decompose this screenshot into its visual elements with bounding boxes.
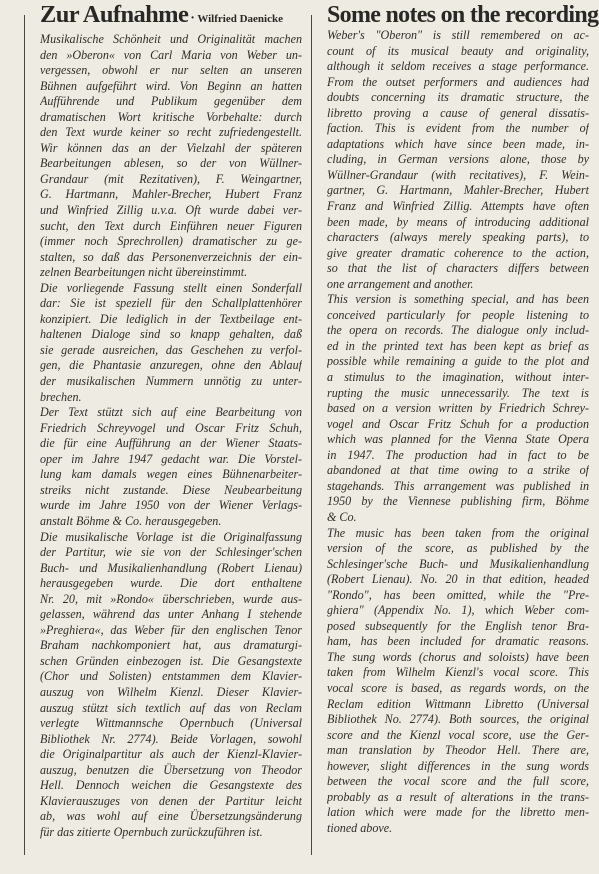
text-line: (Robert Lienau). No. 20 in that edition,…	[327, 572, 589, 588]
text-line: Weber's "Oberon" is still remembered on …	[327, 28, 589, 44]
text-line: schen Gründen einbezogen ist. Die Gesang…	[40, 654, 302, 670]
text-line: ham, has been included for dramatic reas…	[327, 634, 589, 650]
text-line: (immer noch Sprechrollen) dramatischer z…	[40, 234, 302, 250]
text-line: Wir können das an der Vielzahl der späte…	[40, 141, 302, 157]
title-separator: ·	[190, 11, 194, 26]
text-line: Bühnen aufgeführt wird. Von Beginn an ha…	[40, 79, 302, 95]
text-line: oper im Jahre 1947 gedacht war. Die Vors…	[40, 452, 302, 468]
text-line: so that the list of characters differs b…	[327, 261, 589, 277]
text-line: a stimulus to the imagination, without i…	[327, 370, 589, 386]
text-line: stalten, so daß das Personenverzeichnis …	[40, 250, 302, 266]
text-line: score and the Kienzl vocal score, use th…	[327, 728, 589, 744]
text-line: Braham nachkomponiert hat, aus dramaturg…	[40, 638, 302, 654]
english-paragraph: This version is something special, and h…	[327, 292, 589, 525]
text-line: This version is something special, and h…	[327, 292, 589, 308]
text-line: (Chor und Solisten) entstammen dem Klavi…	[40, 669, 302, 685]
text-line: und Winfried Zillig u.v.a. Oft wurde dab…	[40, 203, 302, 219]
english-body: Weber's "Oberon" is still remembered on …	[327, 28, 589, 836]
text-line: die für eine Aufführung an der Wiener St…	[40, 436, 302, 452]
text-line: gen, die Phantasie anzuregen, ohne den A…	[40, 358, 302, 374]
text-line: dar: Sie ist speziell für den Schallplat…	[40, 296, 302, 312]
text-line: give greater dramatic coherence to the a…	[327, 246, 589, 262]
text-line: auszug stützt sich textlich auf das von …	[40, 701, 302, 717]
german-heading: Zur Aufnahme·Wilfried Daenicke	[40, 2, 302, 32]
text-line: conceived particularly for people listen…	[327, 308, 589, 324]
text-line: Die vorliegende Fassung stellt einen Son…	[40, 281, 302, 297]
text-line: herausgegeben wurde. Die dort enthaltene	[40, 576, 302, 592]
text-line: From the outset performers and audiences…	[327, 75, 589, 91]
text-line: in 1947. The production had in fact to b…	[327, 448, 589, 464]
text-line: characters (always merely speaking parts…	[327, 230, 589, 246]
text-line: Franz and Winfried Zillig. Attempts have…	[327, 199, 589, 215]
text-line: vogel and Oscar Fritz Schuh for a produc…	[327, 417, 589, 433]
text-line: zelnen Bearbeitungen nicht übereinstimmt…	[40, 265, 302, 281]
text-line: stagehands. This arrangement was publish…	[327, 479, 589, 495]
text-line: 1950 by the Viennese publishing firm, Bö…	[327, 494, 589, 510]
text-line: für das zitierte Opernbuch zurückzuführe…	[40, 825, 302, 841]
english-heading: Some notes on the recording	[327, 2, 589, 28]
text-line: Friedrich Schreyvogel und Oscar Fritz Sc…	[40, 421, 302, 437]
text-line: Aufführende und Publikum gegenüber dem	[40, 94, 302, 110]
german-paragraph: Musikalische Schönheit und Originalität …	[40, 32, 302, 281]
text-line: faction. This is evident from the number…	[327, 121, 589, 137]
text-line: Die musikalische Vorlage ist die Origina…	[40, 530, 302, 546]
text-line: rupting the music unnecessarily. The tex…	[327, 386, 589, 402]
center-column-rule	[311, 15, 312, 855]
text-line: probably as a result of alterations in t…	[327, 790, 589, 806]
text-line: one arrangement and another.	[327, 277, 589, 293]
text-line: den Text wurde keiner so recht zufrieden…	[40, 125, 302, 141]
text-line: man translation by Theodor Hell. There a…	[327, 743, 589, 759]
text-line: der Partitur, wie sie von der Schlesinge…	[40, 545, 302, 561]
text-line: streiks nicht zustande. Diese Neubearbei…	[40, 483, 302, 499]
english-column: Some notes on the recording Weber's "Obe…	[327, 2, 589, 836]
left-column-rule	[24, 15, 25, 855]
text-line: Bibliothek Nr. 2774). Beide Vorlagen, so…	[40, 732, 302, 748]
text-line: Wüllner-Grandaur (with recitatives), F. …	[327, 168, 589, 184]
text-line: tioned above.	[327, 821, 589, 837]
text-line: the opera on records. The dialogue only …	[327, 323, 589, 339]
text-line: gelassen, während das unter Anhang I ste…	[40, 607, 302, 623]
text-line: ghiera" (Appendix No. 1), which Weber co…	[327, 603, 589, 619]
text-line: Buch- und Musikalienhandlung (Robert Lie…	[40, 561, 302, 577]
text-line: been made, by means of introducing addit…	[327, 215, 589, 231]
text-line: Klavierauszuges von denen der Partitur l…	[40, 794, 302, 810]
german-title: Zur Aufnahme	[40, 1, 188, 28]
text-line: den »Oberon« von Carl Maria von Weber un…	[40, 48, 302, 64]
english-paragraph: The music has been taken from the origin…	[327, 526, 589, 837]
text-line: dramatischen Wort kritische Vorbehalte: …	[40, 110, 302, 126]
text-line: vocal score is based, as regards words, …	[327, 681, 589, 697]
text-line: Reclam edition Wittmann Libretto (Univer…	[327, 697, 589, 713]
author-name: Wilfried Daenicke	[197, 13, 283, 25]
german-body: Musikalische Schönheit und Originalität …	[40, 32, 302, 840]
text-line: The sung words (chorus and soloists) hav…	[327, 650, 589, 666]
text-line: die Originalpartitur als auch der Kienzl…	[40, 747, 302, 763]
text-line: »Preghiera«, das Weber für den englische…	[40, 623, 302, 639]
german-column: Zur Aufnahme·Wilfried Daenicke Musikalis…	[40, 2, 302, 840]
text-line: Musikalische Schönheit und Originalität …	[40, 32, 302, 48]
text-line: verlegte Wittmannsche Opernbuch (Univers…	[40, 716, 302, 732]
text-line: lung kam damals wegen eines Bühnenarbeit…	[40, 467, 302, 483]
text-line: cluding, in German versions alone, those…	[327, 152, 589, 168]
text-line: brechen.	[40, 390, 302, 406]
text-line: although it seldom receives a stage perf…	[327, 59, 589, 75]
text-line: "Rondo", has been omitted, while the "Pr…	[327, 588, 589, 604]
text-line: abandoned at that time owing to a strike…	[327, 463, 589, 479]
document-page: Zur Aufnahme·Wilfried Daenicke Musikalis…	[0, 0, 599, 874]
text-line: adaptations which have since been made, …	[327, 137, 589, 153]
text-line: posed subsequently for the English tenor…	[327, 619, 589, 635]
text-line: lation which were made for the libretto …	[327, 805, 589, 821]
text-line: The music has been taken from the origin…	[327, 526, 589, 542]
text-line: gartner, G. Hartmann, Mahler-Brecher, Hu…	[327, 183, 589, 199]
text-line: libretto proving a cause of general diss…	[327, 106, 589, 122]
text-line: possible while remaining a guide to the …	[327, 354, 589, 370]
text-line: Der Text stützt sich auf eine Bearbeitun…	[40, 405, 302, 421]
text-line: ab, was wohl auf eine Übersetzungsänderu…	[40, 809, 302, 825]
text-line: Grandaur (mit Rezitativen), F. Weingartn…	[40, 172, 302, 188]
text-line: Hell. Dennoch weichen die Gesangstexte d…	[40, 778, 302, 794]
text-line: konzipiert. Die lediglich in der Textbei…	[40, 312, 302, 328]
text-line: sucht, den Text durch Einführen neuer Fi…	[40, 219, 302, 235]
text-line: sie gerade ausreichen, das Geschehen zu …	[40, 343, 302, 359]
text-line: version of the score, as published by th…	[327, 541, 589, 557]
text-line: Schlesinger'sche Buch- und Musikalienhan…	[327, 557, 589, 573]
text-line: which was planned for the Vienna State O…	[327, 432, 589, 448]
text-line: Nr. 20, mit »Rondo« überschrieben, wurde…	[40, 592, 302, 608]
text-line: G. Hartmann, Mahler-Brecher, Hubert Fran…	[40, 187, 302, 203]
text-line: count of its musical beauty and original…	[327, 44, 589, 60]
german-paragraph: Die vorliegende Fassung stellt einen Son…	[40, 281, 302, 405]
text-line: doubts concerning its dramatic structure…	[327, 90, 589, 106]
text-line: based on a version written by Friedrich …	[327, 401, 589, 417]
text-line: & Co.	[327, 510, 589, 526]
text-line: however, slight differences in the sung …	[327, 759, 589, 775]
text-line: anstalt Böhme & Co. herausgegeben.	[40, 514, 302, 530]
english-paragraph: Weber's "Oberon" is still remembered on …	[327, 28, 589, 292]
text-line: auszug, benutzen die Übersetzung von The…	[40, 763, 302, 779]
german-paragraph: Der Text stützt sich auf eine Bearbeitun…	[40, 405, 302, 529]
text-line: der musikalischen Nummern unnötig zu unt…	[40, 374, 302, 390]
text-line: ed in the printed text has been kept as …	[327, 339, 589, 355]
text-line: Bibliothek No. 2774). Both sources, the …	[327, 712, 589, 728]
text-line: haltenen Dialoge sind so knapp gehalten,…	[40, 327, 302, 343]
text-line: vergessen, obwohl er nur selten an unser…	[40, 63, 302, 79]
text-line: taken from Wilhelm Kienzl's vocal score.…	[327, 665, 589, 681]
german-paragraph: Die musikalische Vorlage ist die Origina…	[40, 530, 302, 841]
text-line: between the vocal score and the full sco…	[327, 774, 589, 790]
text-line: auszug von Wilhelm Kienzl. Dieser Klavie…	[40, 685, 302, 701]
text-line: wurde im Jahre 1950 von der Wiener Verla…	[40, 498, 302, 514]
text-line: Bearbeitungen ablesen, so der von Wüllne…	[40, 156, 302, 172]
